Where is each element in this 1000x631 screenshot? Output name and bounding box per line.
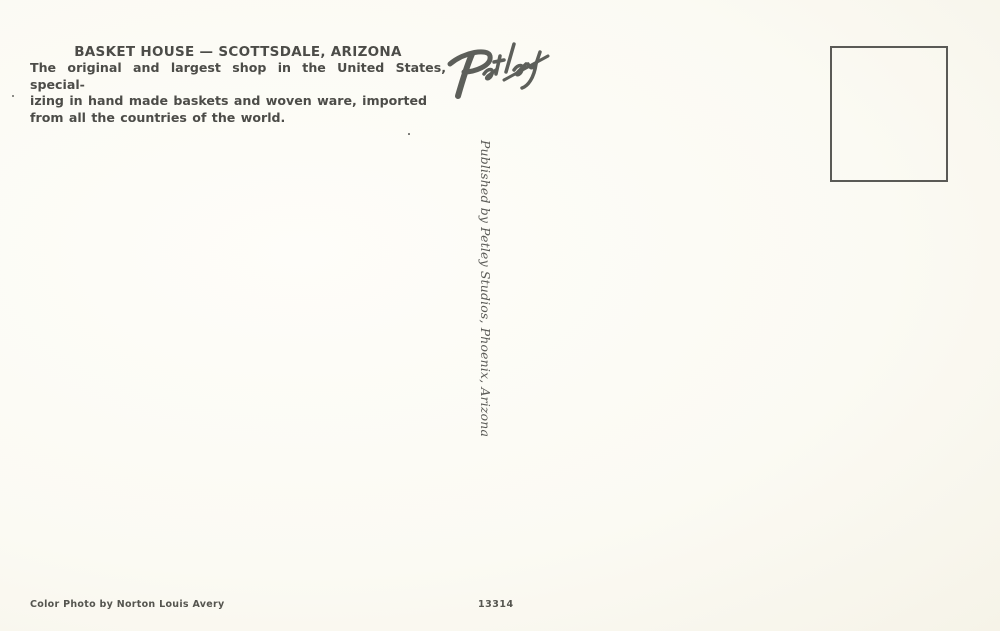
paper-speck bbox=[12, 95, 14, 97]
caption-line: The original and largest shop in the Uni… bbox=[30, 60, 446, 93]
card-number: 13314 bbox=[478, 599, 514, 610]
caption-body: The original and largest shop in the Uni… bbox=[30, 60, 446, 126]
petley-signature-logo-icon bbox=[444, 34, 554, 106]
caption-title: BASKET HOUSE — SCOTTSDALE, ARIZONA bbox=[30, 44, 446, 60]
caption-block: BASKET HOUSE — SCOTTSDALE, ARIZONA The o… bbox=[30, 44, 446, 126]
caption-line: izing in hand made baskets and woven war… bbox=[30, 93, 446, 110]
paper-speck bbox=[408, 133, 410, 135]
stamp-placeholder-box bbox=[830, 46, 948, 182]
photo-credit: Color Photo by Norton Louis Avery bbox=[30, 599, 225, 610]
postcard-back: BASKET HOUSE — SCOTTSDALE, ARIZONA The o… bbox=[0, 0, 1000, 631]
caption-line: from all the countries of the world. bbox=[30, 110, 446, 127]
publisher-credit: Published by Petley Studios, Phoenix, Ar… bbox=[478, 140, 493, 437]
